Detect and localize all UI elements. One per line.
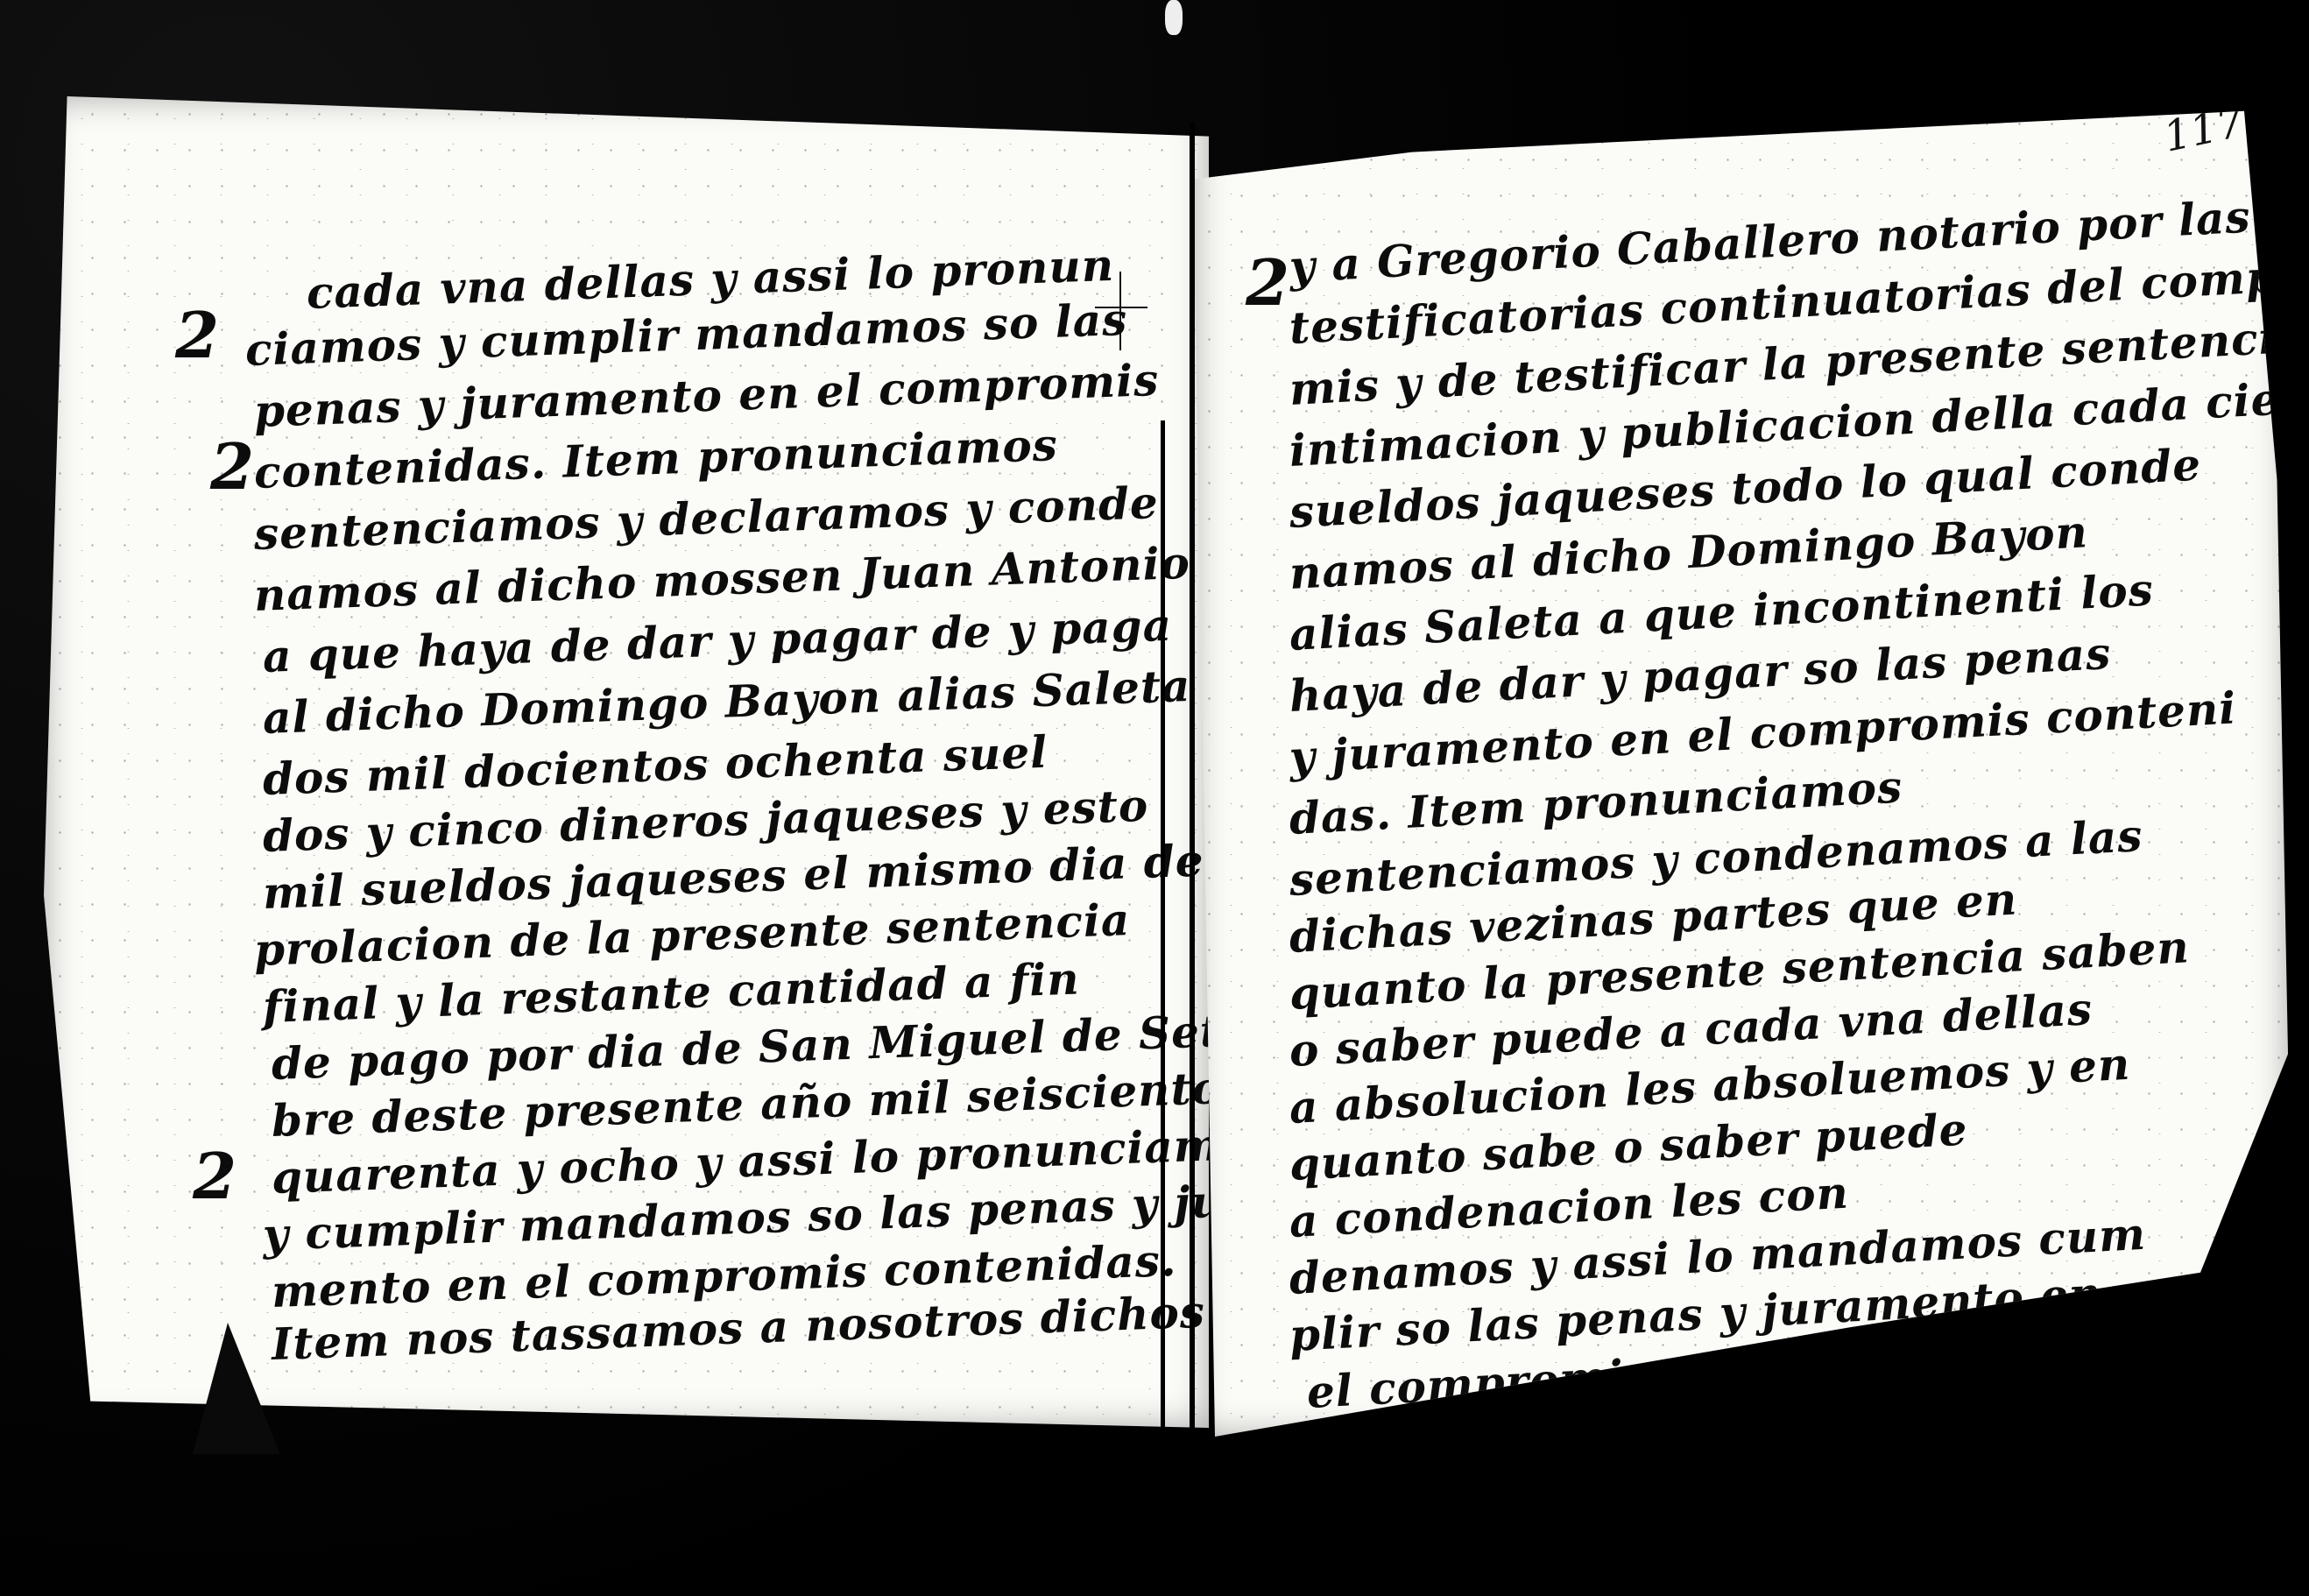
margin-mark: 2: [210, 429, 254, 504]
manuscript-spread: 2 2 2 cada vna dellas y assi lo pronun c…: [35, 70, 2277, 1559]
left-page: 2 2 2 cada vna dellas y assi lo pronun c…: [44, 96, 1209, 1428]
margin-mark: 2: [175, 298, 219, 372]
folio-number: 117: [2160, 97, 2249, 162]
page-edge-line: [1161, 420, 1165, 1550]
book-gutter: [1190, 123, 1195, 1559]
right-page: 117 2 y a Gregorio Caballero notario por…: [1193, 70, 2288, 1437]
binding-clip: [1165, 0, 1183, 35]
margin-mark: 2: [1246, 245, 1289, 320]
page-corner-fold: [193, 1323, 280, 1454]
margin-mark: 2: [193, 1139, 237, 1213]
